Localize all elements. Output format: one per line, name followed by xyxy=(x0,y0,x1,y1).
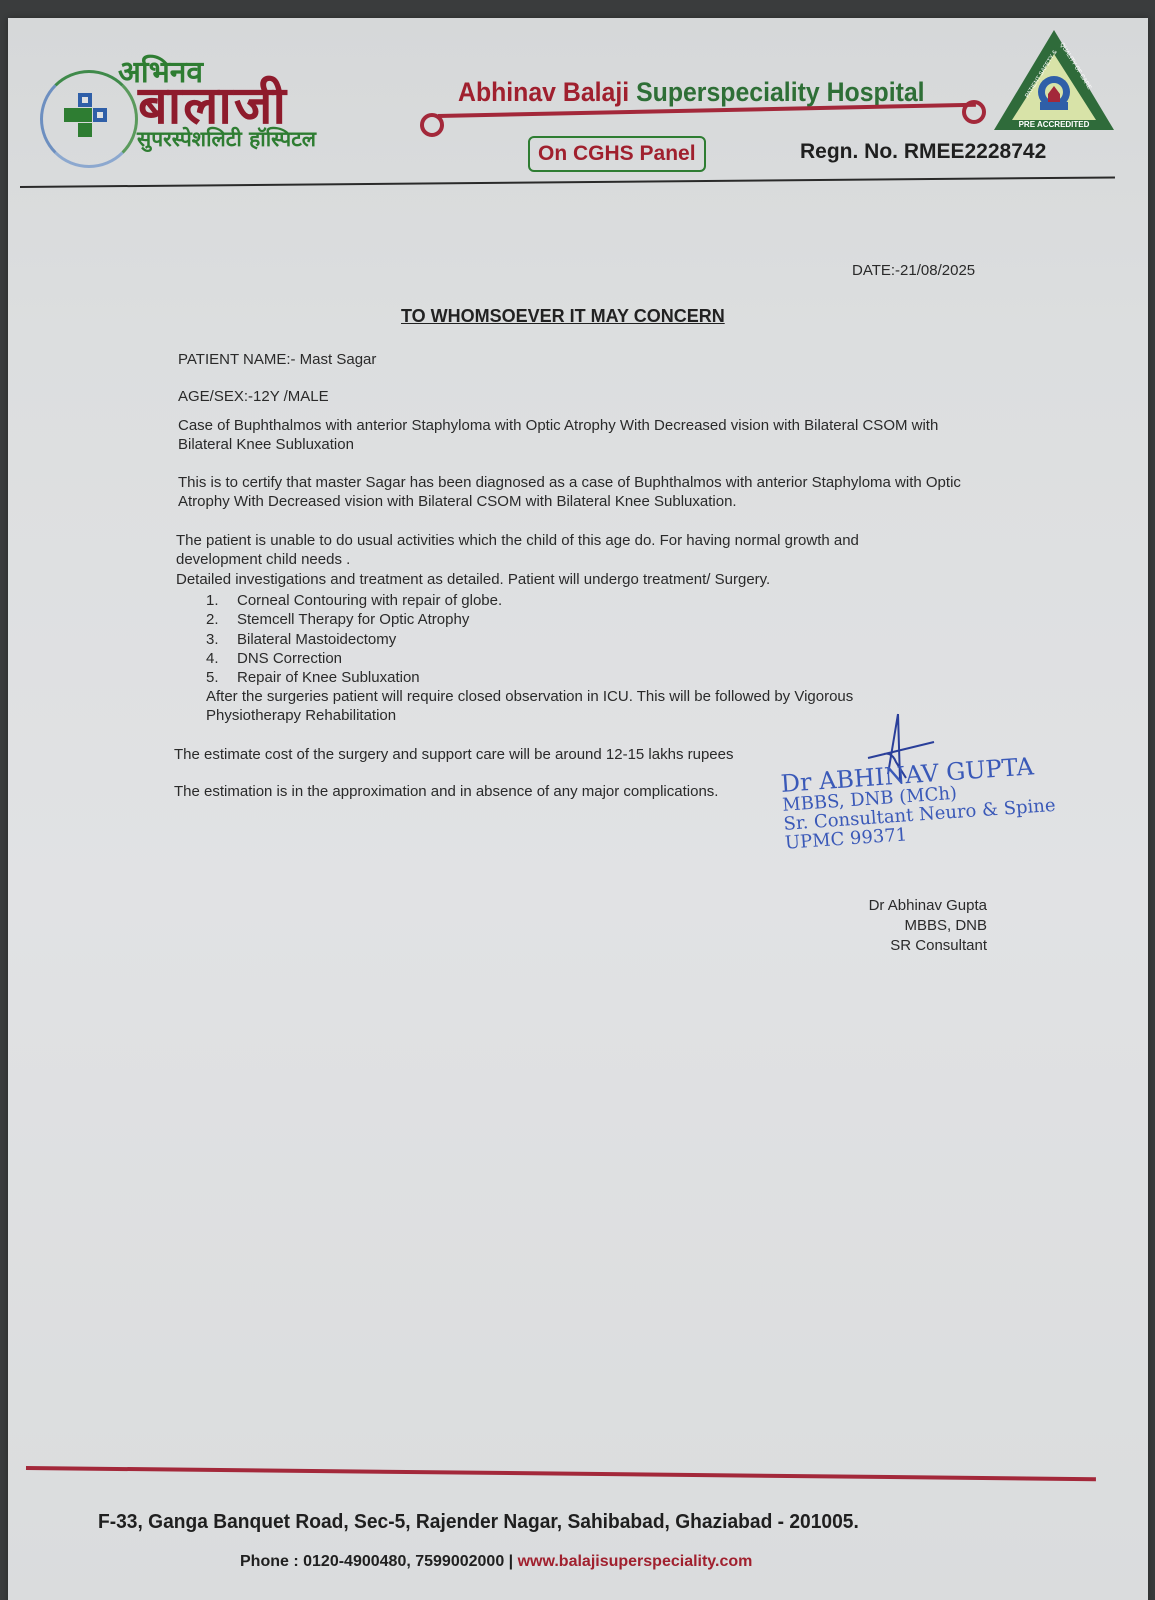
line-end-ring-icon xyxy=(962,100,986,124)
svg-text:PRE ACCREDITED: PRE ACCREDITED xyxy=(1019,120,1090,129)
cost-estimate: The estimate cost of the surgery and sup… xyxy=(174,745,733,764)
signatory-block: Dr Abhinav Gupta MBBS, DNB SR Consultant xyxy=(869,896,987,956)
signatory-designation: SR Consultant xyxy=(869,936,987,956)
hospital-name-part1: Abhinav Balaji xyxy=(458,77,636,107)
hospital-address: F-33, Ganga Banquet Road, Sec-5, Rajende… xyxy=(98,1511,859,1534)
registration-number: Regn. No. RMEE2228742 xyxy=(800,140,1046,164)
signatory-qualification: MBBS, DNB xyxy=(869,916,987,936)
case-summary: Case of Buphthalmos with anterior Staphy… xyxy=(178,416,978,454)
line-end-ring-icon xyxy=(420,113,444,137)
procedure-item: 4.DNS Correction xyxy=(206,649,502,668)
hospital-name-part2: Superspeciality Hospital xyxy=(636,77,925,107)
treatment-intro: Detailed investigations and treatment as… xyxy=(176,570,770,589)
phone-label: Phone : xyxy=(240,1553,299,1570)
procedure-item: 3.Bilateral Mastoidectomy xyxy=(206,630,502,649)
certification-paragraph: This is to certify that master Sagar has… xyxy=(178,473,998,511)
patient-name: PATIENT NAME:- Mast Sagar xyxy=(178,350,376,369)
medical-cross-icon xyxy=(64,93,108,137)
phone-numbers: 0120-4900480, 7599002000 xyxy=(303,1553,504,1570)
accreditation-badge-icon: PRE ACCREDITED PATIENT SAFETY & QUALITY … xyxy=(992,28,1116,132)
procedure-list: 1.Corneal Contouring with repair of glob… xyxy=(206,591,502,687)
procedure-item: 2.Stemcell Therapy for Optic Atrophy xyxy=(206,610,502,629)
letter-date: DATE:-21/08/2025 xyxy=(852,262,975,279)
condition-note: The patient is unable to do usual activi… xyxy=(176,531,926,569)
procedure-item: 5.Repair of Knee Subluxation xyxy=(206,668,502,687)
estimate-note: The estimation is in the approximation a… xyxy=(174,782,718,801)
separator: | xyxy=(509,1553,513,1570)
procedure-item: 1.Corneal Contouring with repair of glob… xyxy=(206,591,502,610)
contact-line: Phone : 0120-4900480, 7599002000 | www.b… xyxy=(240,1553,752,1571)
website-link[interactable]: www.balajisuperspeciality.com xyxy=(518,1553,753,1570)
letter-heading: TO WHOMSOEVER IT MAY CONCERN xyxy=(401,306,725,327)
cghs-panel-badge: On CGHS Panel xyxy=(528,136,706,172)
logo-hindi-sub-text: सुपरस्पेशलिटी हॉस्पिटल xyxy=(137,125,316,153)
age-sex: AGE/SEX:-12Y /MALE xyxy=(178,387,329,406)
post-surgery-note: After the surgeries patient will require… xyxy=(206,687,926,725)
signatory-name: Dr Abhinav Gupta xyxy=(869,896,987,916)
hospital-name: Abhinav Balaji Superspeciality Hospital xyxy=(458,77,925,108)
